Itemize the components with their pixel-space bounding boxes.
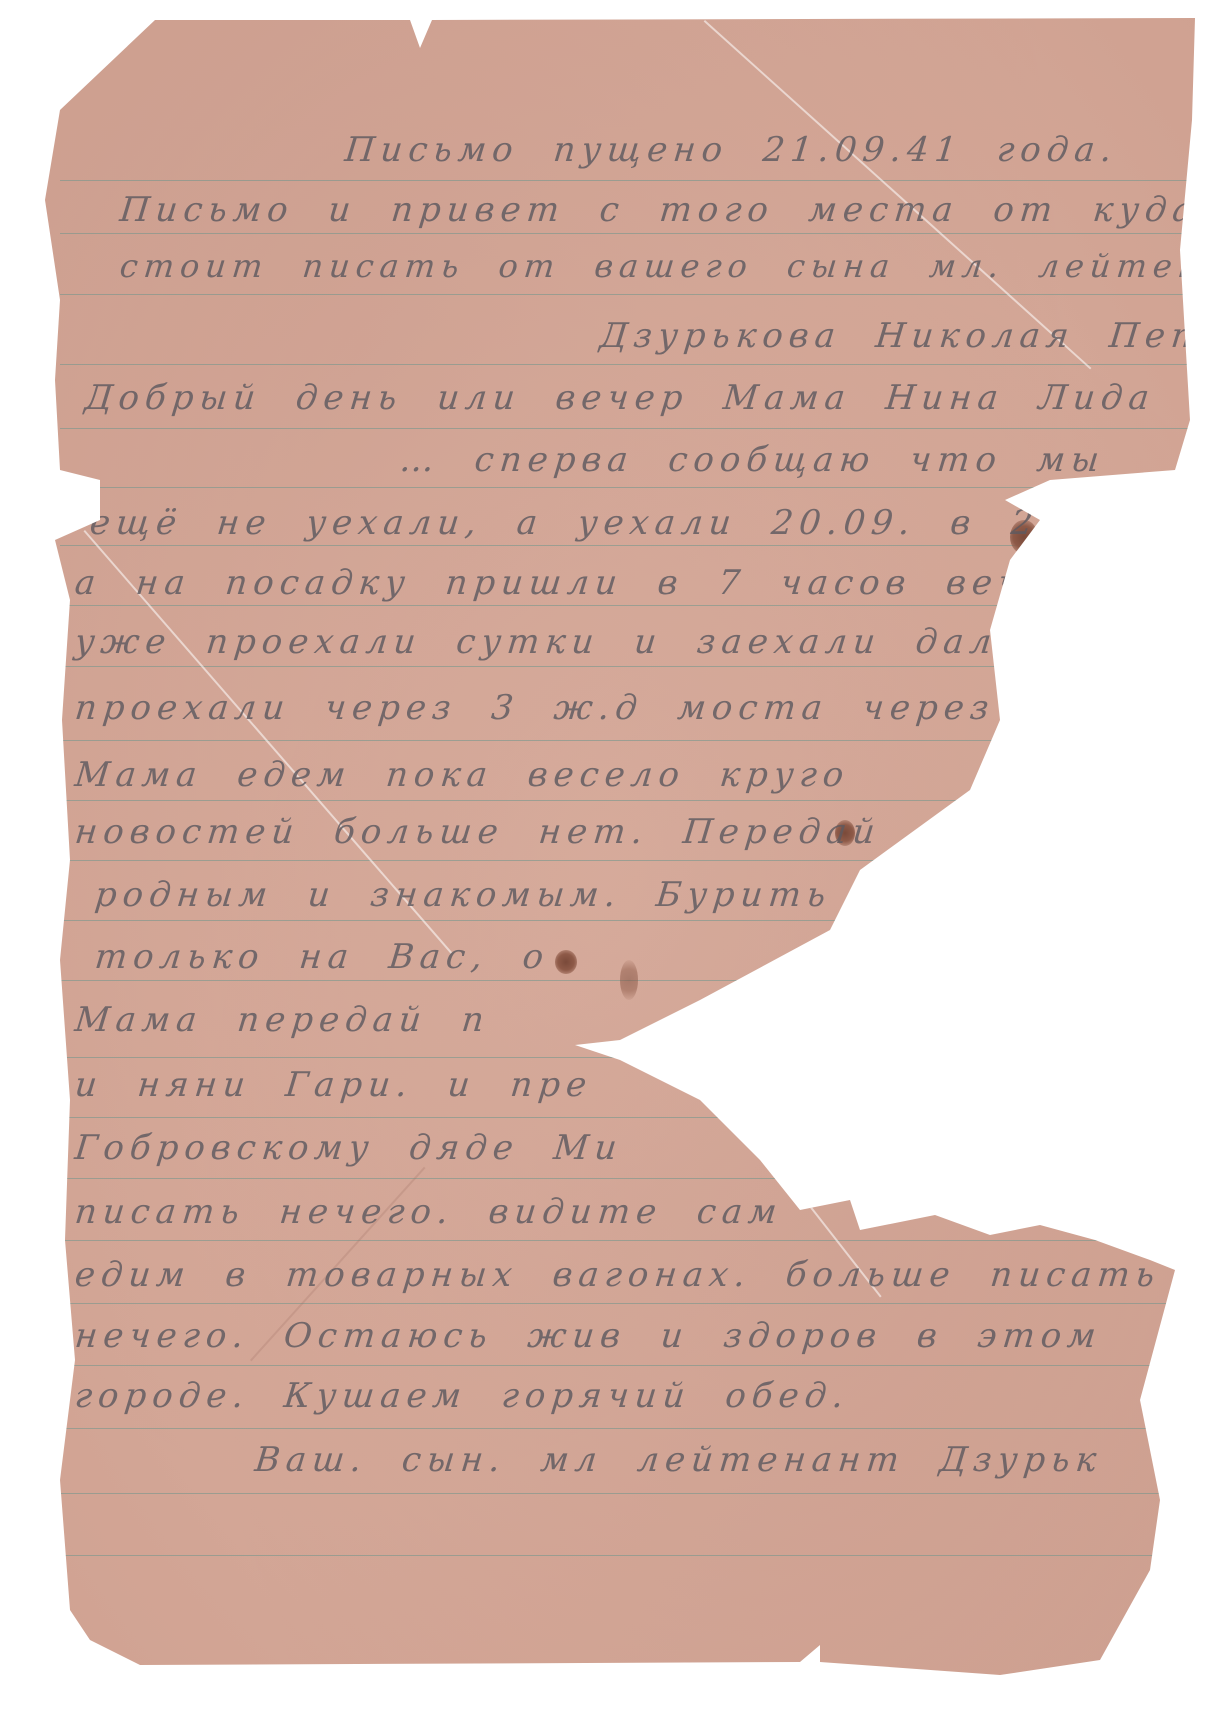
letter-line: уже проехали сутки и заехали далек xyxy=(73,622,1052,662)
letter-line: городе. Кушаем горячий обед. xyxy=(73,1376,851,1416)
letter-line: только на Вас, о xyxy=(93,937,552,977)
letter-line: ещё не уехали, а уехали 20.09. в 2 часа xyxy=(88,503,1181,543)
letter-heading: Письмо пущено 21.09.41 года. xyxy=(343,130,1120,170)
ruled-line xyxy=(60,1428,1190,1429)
ruled-line xyxy=(60,1057,1190,1058)
ruled-line xyxy=(60,428,1190,429)
letter-paper: Письмо пущено 21.09.41 года. Письмо и пр… xyxy=(0,0,1208,1733)
letter-line: Мама передай п xyxy=(73,1000,492,1040)
ruled-line xyxy=(60,860,1190,861)
letter-line: и няни Гари. и пре xyxy=(73,1065,594,1105)
letter-line: а на посадку пришли в 7 часов веч xyxy=(73,563,1028,603)
ruled-line xyxy=(60,1365,1190,1366)
ruled-line xyxy=(60,364,1190,365)
ruled-line xyxy=(60,666,1190,667)
ruled-line xyxy=(60,800,1190,801)
letter-line: родным и знакомым. Бурить xyxy=(93,875,834,915)
ruled-line xyxy=(60,1117,1190,1118)
ruled-line xyxy=(60,1303,1190,1304)
ruled-line xyxy=(60,487,1190,488)
ruled-line xyxy=(60,294,1190,295)
ruled-line xyxy=(60,920,1190,921)
letter-line: проехали через 3 ж.д моста через xyxy=(73,688,997,728)
ruled-line xyxy=(60,740,1190,741)
letter-line: нечего. Остаюсь жив и здоров в этом xyxy=(73,1316,1104,1356)
scanned-document: Письмо пущено 21.09.41 года. Письмо и пр… xyxy=(0,0,1208,1733)
ruled-line xyxy=(60,605,1190,606)
ruled-line xyxy=(60,233,1190,234)
letter-signature: Ваш. сын. мл лейтенант Дзурьк xyxy=(253,1440,1104,1480)
ruled-line xyxy=(60,1178,1190,1179)
ruled-line xyxy=(60,1240,1190,1241)
letter-line: новостей больше нет. Передай xyxy=(73,812,883,852)
letter-line: Мама едем пока весело круго xyxy=(73,755,852,795)
stain-mark xyxy=(555,950,577,974)
letter-line: Дзурькова Николая Петро xyxy=(598,316,1208,356)
letter-line: писать нечего. видите сам xyxy=(73,1192,785,1232)
letter-line: Письмо и привет с того места от куда xyxy=(118,190,1201,230)
letter-line: стоит писать от вашего сына мл. лейтенан… xyxy=(118,247,1208,285)
letter-line: едим в товарных вагонах. больше писать xyxy=(73,1255,1163,1295)
letter-line: … сперва сообщаю что мы xyxy=(398,440,1107,480)
ruled-line xyxy=(60,180,1190,181)
ruled-line xyxy=(60,1493,1190,1494)
letter-line: Добрый день или вечер Мама Нина Лида Т xyxy=(83,378,1208,418)
letter-line: Гобровскому дяде Ми xyxy=(73,1128,625,1168)
ruled-line xyxy=(60,1555,1190,1556)
stain-mark xyxy=(620,960,638,1000)
